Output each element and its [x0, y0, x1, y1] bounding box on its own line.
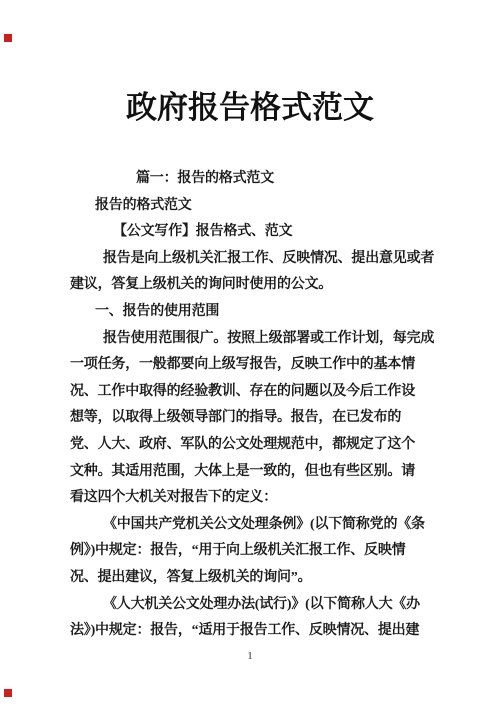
text-line: 想等，以取得上级领导部门的指导。报告，在已发布的: [70, 405, 438, 432]
text-line: 一项任务，一般都要向上级写报告，反映工作中的基本情: [70, 352, 438, 379]
red-corner-mark-top: [4, 34, 12, 42]
page-number: 1: [0, 650, 500, 662]
text-line: 一、报告的使用范围: [70, 299, 438, 326]
red-corner-mark-bottom: [4, 689, 12, 697]
text-line: 文种。其适用范围，大体上是一致的，但也有些区别。请: [70, 459, 438, 486]
text-line: 《人大机关公文处理办法(试行)》(以下简称人大《办: [70, 592, 438, 619]
document-body: 篇一：报告的格式范文报告的格式范文【公文写作】报告格式、范文报告是向上级机关汇报…: [70, 166, 438, 645]
text-line: 报告是向上级机关汇报工作、反映情况、提出意见或者: [70, 246, 438, 273]
text-line: 例》)中规定：报告，“用于向上级机关汇报工作、反映情: [70, 538, 438, 565]
text-line: 《中国共产党机关公文处理条例》(以下简称党的《条: [70, 512, 438, 539]
text-line: 篇一：报告的格式范文: [70, 166, 438, 193]
text-line: 况、工作中取得的经验教训、存在的问题以及今后工作设: [70, 379, 438, 406]
text-line: 看这四个大机关对报告下的定义：: [70, 485, 438, 512]
text-line: 报告使用范围很广。按照上级部署或工作计划，每完成: [70, 326, 438, 353]
text-line: 建议，答复上级机关的询问时使用的公文。: [70, 272, 438, 299]
document-page: 政府报告格式范文 篇一：报告的格式范文报告的格式范文【公文写作】报告格式、范文报…: [0, 0, 500, 707]
text-line: 况、提出建议，答复上级机关的询问”。: [70, 565, 438, 592]
text-line: 【公文写作】报告格式、范文: [70, 219, 438, 246]
text-line: 报告的格式范文: [70, 193, 438, 220]
document-title: 政府报告格式范文: [0, 82, 500, 127]
text-line: 法》)中规定：报告，“适用于报告工作、反映情况、提出建: [70, 618, 438, 645]
text-line: 党、人大、政府、军队的公文处理规范中，都规定了这个: [70, 432, 438, 459]
